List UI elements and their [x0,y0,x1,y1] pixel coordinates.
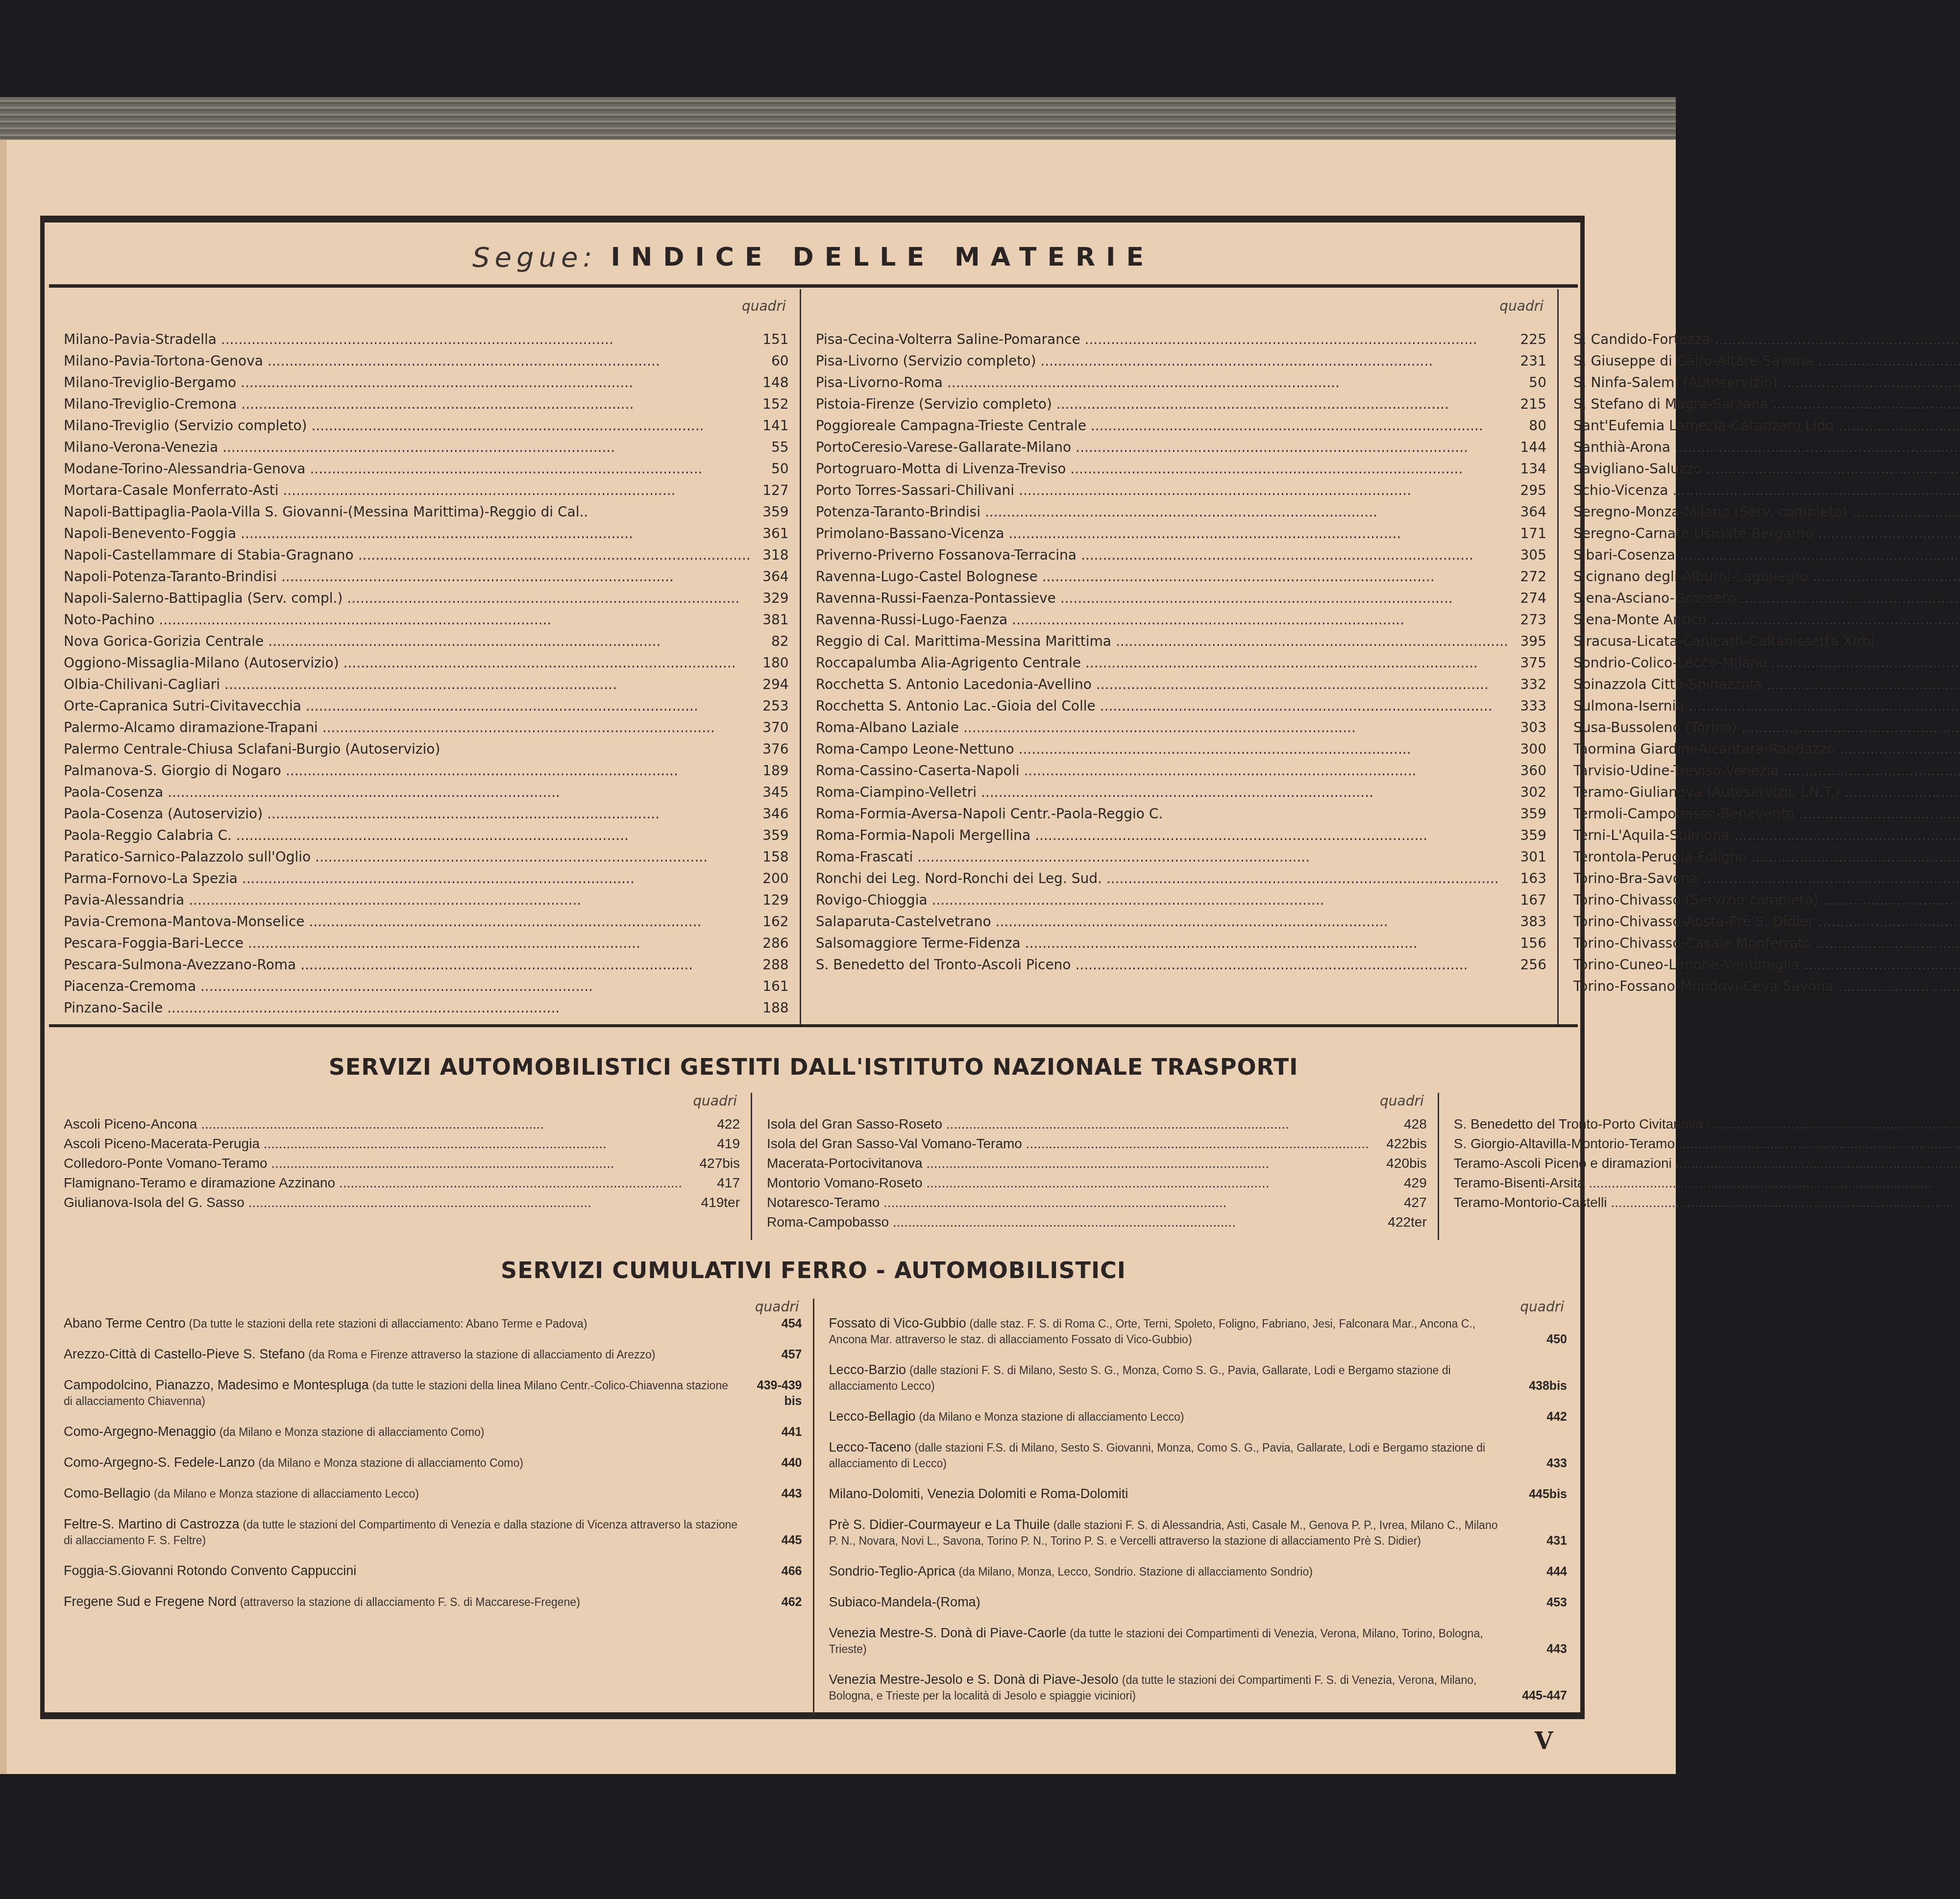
index-entry: Napoli-Potenza-Taranto-Brindisi364 [64,565,789,586]
quadri-number: 442 [1503,1409,1567,1425]
index-entry: Portogruaro-Motta di Livenza-Treviso134 [816,457,1546,478]
index-entry: Teramo-Montorio-Castelli420 [1454,1192,1960,1211]
index-entry: Ravenna-Russi-Faenza-Pontassieve274 [816,586,1546,608]
route-name: Sibari-Cosenza [1573,546,1960,565]
index-entry: Roma-Frascati301 [816,845,1546,866]
index-entry: Noto-Pachino381 [64,608,789,629]
index-entry: Pavia-Alessandria129 [64,888,789,910]
cum-entry-text: Como-Bellagio (da Milano e Monza stazion… [64,1485,738,1502]
quadri-number: 376 [751,740,789,759]
route-name: Paola-Cosenza [64,783,751,802]
quadri-number: 433 [1503,1455,1567,1471]
index-entry: Siracusa-Licata-Canicatti-Caltanissetta … [1573,629,1960,651]
index-entry: S. Candido-Fortezza73 [1573,327,1960,349]
quadri-header: quadri [816,298,1546,327]
route-name: Roma-Ciampino-Velletri [816,783,1508,802]
quadri-number: 158 [751,848,789,866]
route-name: Flamignano-Teramo e diramazione Azzinano [64,1174,682,1192]
quadri-number: 180 [751,654,789,672]
index-entry: Roccapalumba Alia-Agrigento Centrale375 [816,651,1546,672]
route-name: Sicignano degli Alburni-Lagonegro [1573,567,1960,586]
quadri-number: 438bis [1503,1378,1567,1394]
quadri-number: 333 [1508,697,1546,715]
index-entry: Ronchi dei Leg. Nord-Ronchi dei Leg. Sud… [816,866,1546,888]
route-name: Mortara-Casale Monferrato-Asti [64,481,751,500]
quadri-number: 329 [751,589,789,608]
index-entry: Pescara-Foggia-Bari-Lecce286 [64,931,789,953]
quadri-number: 422bis [1369,1135,1427,1153]
index-entry: Paola-Cosenza (Autoservizio)346 [64,802,789,823]
route-name: Fregene Sud e Fregene Nord [64,1594,237,1609]
cum-entry-text: Foggia-S.Giovanni Rotondo Convento Cappu… [64,1563,738,1579]
index-entry: Poggioreale Campagna-Trieste Centrale80 [816,414,1546,435]
index-entry: Potenza-Taranto-Brindisi364 [816,500,1546,521]
index-entry: Ascoli Piceno-Ancona422 [64,1113,740,1133]
index-column: quadriS. Candido-Fortezza73S. Giuseppe d… [1559,289,1960,1024]
index-entry: Isola del Gran Sasso-Roseto428 [767,1113,1427,1133]
cum-entry-text: Lecco-Bellagio (da Milano e Monza stazio… [829,1408,1504,1425]
quadri-number: 318 [751,546,789,565]
cum-column: quadriFossato di Vico-Gubbio (dalle staz… [814,1299,1578,1715]
index-entry: Termoli-Campobasso-Benevento313 [1573,802,1960,823]
route-name: Rovigo-Chioggia [816,891,1508,910]
route-note: (da Roma e Firenze attraverso la stazion… [308,1348,655,1361]
quadri-number: 383 [1508,913,1546,931]
index-entry: Terni-L'Aquila-Sulmona290 [1573,823,1960,845]
index-entry: Milano-Treviglio-Bergamo148 [64,370,789,392]
cum-entry: Como-Argegno-S. Fedele-Lanzo (da Milano … [64,1455,802,1471]
route-name: Lecco-Barzio [829,1362,906,1377]
quadri-number: 445bis [1503,1486,1567,1502]
quadri-number: 445 [738,1532,802,1548]
index-entry: Roma-Formia-Napoli Mergellina359 [816,823,1546,845]
quadri-number: 439-439 bis [738,1378,802,1409]
route-name: Orte-Capranica Sutri-Civitavecchia [64,697,751,715]
route-name: Torino-Cuneo-Limone-Ventimiglia [1573,956,1960,974]
index-entry: Terontola-Perugia-Foligno265 [1573,845,1960,866]
index-entry: Montorio Vomano-Roseto429 [767,1172,1427,1192]
route-name: Sulmona-Isernia [1573,697,1960,715]
quadri-number: 256 [1508,956,1546,974]
quadri-number: 225 [1508,330,1546,349]
quadri-number: 50 [751,460,789,478]
quadri-number: 359 [751,826,789,845]
route-note: (dalle stazioni F. S. di Milano, Sesto S… [829,1364,1451,1392]
route-name: Ronchi dei Leg. Nord-Ronchi dei Leg. Sud… [816,869,1508,888]
page-number: V [1535,1727,1553,1755]
index-entry: Torino-Cuneo-Limone-Ventimiglia109 [1573,953,1960,974]
route-name: Seregno-Monza-Milano (Serv. completo) [1573,503,1960,521]
route-name: Pistoia-Firenze (Servizio completo) [816,395,1508,414]
quadri-number: 360 [1508,762,1546,780]
cum-entry-text: Como-Argegno-Menaggio (da Milano e Monza… [64,1424,738,1440]
cum-services-table: quadriAbano Terme Centro (Da tutte le st… [49,1299,1578,1715]
route-name: Torino-Chivasso-Aosta-Prè S. Didier [1573,913,1960,931]
route-name: Como-Argegno-Menaggio [64,1424,216,1439]
route-name: Colledoro-Ponte Vomano-Teramo [64,1155,682,1172]
route-name: Porto Torres-Sassari-Chilivani [816,481,1508,500]
quadri-number: 300 [1508,740,1546,759]
route-note: (dalle stazioni F.S. di Milano, Sesto S.… [829,1441,1486,1470]
cum-entry-text: Arezzo-Città di Castello-Pieve S. Stefan… [64,1346,738,1362]
index-entry: Teramo-Giulianova (Autoservizio I.N.T.)2… [1573,780,1960,802]
index-entry: S. Ninfa-Salemi (Autoservizio)372 [1573,370,1960,392]
cum-entry: Como-Bellagio (da Milano e Monza stazion… [64,1485,802,1502]
cum-entry-text: Sondrio-Teglio-Aprica (da Milano, Monza,… [829,1563,1504,1579]
quadri-number: 188 [751,999,789,1017]
index-entry: Seregno-Monza-Milano (Serv. completo)142 [1573,500,1960,521]
quadri-number: 253 [751,697,789,715]
route-name: Milano-Treviglio (Servizio completo) [64,417,751,435]
route-name: Milano-Pavia-Tortona-Genova [64,352,751,370]
quadri-number: 359 [751,503,789,521]
index-table: quadriMilano-Pavia-Stradella151Milano-Pa… [49,289,1578,1027]
route-name: Rocchetta S. Antonio Lac.-Gioia del Coll… [816,697,1508,715]
route-name: Salsomaggiore Terme-Fidenza [816,934,1508,953]
route-name: Paratico-Sarnico-Palazzolo sull'Oglio [64,848,751,866]
route-name: Poggioreale Campagna-Trieste Centrale [816,417,1508,435]
route-name: Roma-Cassino-Caserta-Napoli [816,762,1508,780]
cum-entry: Fregene Sud e Fregene Nord (attraverso l… [64,1594,802,1610]
route-note: (da Milano, Monza, Lecco, Sondrio. Stazi… [959,1565,1313,1578]
quadri-number: 375 [1508,654,1546,672]
route-note: (da Milano e Monza stazione di allacciam… [919,1410,1184,1423]
index-entry: Roma-Campo Leone-Nettuno300 [816,737,1546,759]
quadri-number: 359 [1508,805,1546,823]
index-entry: Ascoli Piceno-Macerata-Perugia419 [64,1133,740,1153]
index-entry: S. Benedetto del Tronto-Porto Civitanova… [1454,1113,1960,1133]
index-entry: Paola-Cosenza345 [64,780,789,802]
route-name: Noto-Pachino [64,611,751,629]
quadri-number: 444 [1503,1564,1567,1579]
route-name: Pinzano-Sacile [64,999,751,1017]
index-entry: Teramo-Bisenti-Arsita423 [1454,1172,1960,1192]
index-entry: PortoCeresio-Varese-Gallarate-Milano144 [816,435,1546,457]
route-name: Santhià-Arona [1573,438,1960,457]
quadri-number: 144 [1508,438,1546,457]
index-entry: Sibari-Cosenza347 [1573,543,1960,565]
route-name: Salaparuta-Castelvetrano [816,913,1508,931]
quadri-header: quadri [64,298,789,327]
quadri-number: 422ter [1369,1213,1427,1231]
quadri-number: 55 [751,438,789,457]
route-name: Lecco-Taceno [829,1440,911,1455]
route-name: Parma-Fornovo-La Spezia [64,869,751,888]
quadri-header: quadri [1573,298,1960,327]
quadri-number: 454 [738,1316,802,1332]
route-name: Termoli-Campobasso-Benevento [1573,805,1960,823]
route-name: Como-Argegno-S. Fedele-Lanzo [64,1455,255,1470]
route-name: Foggia-S.Giovanni Rotondo Convento Cappu… [64,1563,356,1578]
route-name: Palmanova-S. Giorgio di Nogaro [64,762,751,780]
route-name: Rocchetta S. Antonio Lacedonia-Avellino [816,675,1508,694]
route-name: Pisa-Cecina-Volterra Saline-Pomarance [816,330,1508,349]
quadri-number: 152 [751,395,789,414]
index-entry: Isola del Gran Sasso-Val Vomano-Teramo42… [767,1133,1427,1153]
quadri-number: 286 [751,934,789,953]
quadri-number: 346 [751,805,789,823]
index-entry: Napoli-Salerno-Battipaglia (Serv. compl.… [64,586,789,608]
quadri-number: 302 [1508,783,1546,802]
cum-section-title: SERVIZI CUMULATIVI FERRO - AUTOMOBILISTI… [49,1257,1578,1283]
route-name: Napoli-Castellammare di Stabia-Gragnano [64,546,751,565]
route-name: Arezzo-Città di Castello-Pieve S. Stefan… [64,1347,305,1361]
quadri-number: 82 [751,632,789,651]
quadri-number: 370 [751,718,789,737]
route-name: Potenza-Taranto-Brindisi [816,503,1508,521]
index-entry: Pisa-Livorno (Servizio completo)231 [816,349,1546,370]
index-entry: Palmanova-S. Giorgio di Nogaro189 [64,759,789,780]
index-entry: Roma-Cassino-Caserta-Napoli360 [816,759,1546,780]
route-name: Como-Bellagio [64,1486,150,1501]
route-name: Siena-Monte Antico [1573,611,1960,629]
index-entry: Santhià-Arona55 [1573,435,1960,457]
cum-entry-text: Prè S. Didier-Courmayeur e La Thuile (da… [829,1517,1504,1549]
quadri-number: 443 [1503,1641,1567,1657]
cum-entry-text: Abano Terme Centro (Da tutte le stazioni… [64,1315,738,1332]
route-name: Milano-Dolomiti, Venezia Dolomiti e Roma… [829,1486,1128,1501]
index-entry: Rocchetta S. Antonio Lacedonia-Avellino3… [816,672,1546,694]
index-entry: Rovigo-Chioggia167 [816,888,1546,910]
index-entry: Macerata-Portocivitanova420bis [767,1153,1427,1172]
quadri-number: 161 [751,977,789,996]
index-entry: Milano-Treviglio (Servizio completo)141 [64,414,789,435]
cum-entry: Como-Argegno-Menaggio (da Milano e Monza… [64,1424,802,1440]
cum-entry: Prè S. Didier-Courmayeur e La Thuile (da… [829,1517,1568,1549]
quadri-number: 332 [1508,675,1546,694]
index-entry: S. Benedetto del Tronto-Ascoli Piceno256 [816,953,1546,974]
index-entry: Piacenza-Cremoma161 [64,974,789,996]
cum-column: quadriAbano Terme Centro (Da tutte le st… [49,1299,814,1715]
quadri-number: 395 [1508,632,1546,651]
cum-entry: Lecco-Bellagio (da Milano e Monza stazio… [829,1408,1568,1425]
quadri-header: quadri [1454,1093,1960,1113]
quadri-number: 129 [751,891,789,910]
index-entry: Roma-Campobasso422ter [767,1211,1427,1231]
index-entry: Rocchetta S. Antonio Lac.-Gioia del Coll… [816,694,1546,715]
quadri-number: 364 [1508,503,1546,521]
cum-entry-text: Subiaco-Mandela-(Roma) [829,1594,1504,1610]
quadri-number: 167 [1508,891,1546,910]
route-name: Ravenna-Lugo-Castel Bolognese [816,567,1508,586]
quadri-number: 441 [738,1424,802,1440]
index-entry: Parma-Fornovo-La Spezia200 [64,866,789,888]
route-name: Torino-Fossano-Mondovì-Ceva-Savona [1573,977,1960,996]
index-entry: Seregno-Carnate Usmate-Bergamo153 [1573,521,1960,543]
index-entry: Siena-Asciano-Grosseto223 [1573,586,1960,608]
page-fold [0,140,7,1774]
quadri-header: quadri [64,1299,802,1315]
index-entry: Roma-Formia-Aversa-Napoli Centr.-Paola-R… [816,802,1546,823]
route-name: Pisa-Livorno-Roma [816,373,1508,392]
index-entry: Pisa-Livorno-Roma50 [816,370,1546,392]
index-entry: Napoli-Benevento-Foggia361 [64,521,789,543]
quadri-number: 440 [738,1455,802,1471]
route-name: Pavia-Cremona-Mantova-Monselice [64,913,751,931]
cum-entry: Milano-Dolomiti, Venezia Dolomiti e Roma… [829,1486,1568,1502]
quadri-number: 272 [1508,567,1546,586]
cum-entry-text: Venezia Mestre-Jesolo e S. Donà di Piave… [829,1672,1504,1703]
index-entry: Pisa-Cecina-Volterra Saline-Pomarance225 [816,327,1546,349]
quadri-number: 141 [751,417,789,435]
quadri-number: 450 [1503,1332,1567,1347]
index-entry: Nova Gorica-Gorizia Centrale82 [64,629,789,651]
index-entry: Palermo-Alcamo diramazione-Trapani370 [64,715,789,737]
route-name: Roccapalumba Alia-Agrigento Centrale [816,654,1508,672]
quadri-header: quadri [829,1299,1568,1315]
int-column: quadriS. Benedetto del Tronto-Porto Civi… [1439,1093,1960,1240]
index-entry: Milano-Pavia-Tortona-Genova60 [64,349,789,370]
quadri-number: 429 [1369,1174,1427,1192]
route-name: Ascoli Piceno-Ancona [64,1115,682,1133]
route-name: Susa-Bussoleno (Torino) [1573,718,1960,737]
cum-entry: Lecco-Taceno (dalle stazioni F.S. di Mil… [829,1439,1568,1471]
index-entry: Torino-Chivasso (Servizio completo)104 [1573,888,1960,910]
cum-entry-text: Campodolcino, Pianazzo, Madesimo e Monte… [64,1377,738,1409]
route-name: Siracusa-Licata-Canicatti-Caltanissetta … [1573,632,1960,651]
quadri-number: 156 [1508,934,1546,953]
route-name: Paola-Cosenza (Autoservizio) [64,805,751,823]
index-entry: Pistoia-Firenze (Servizio completo)215 [816,392,1546,414]
index-entry: Torino-Chivasso-Casale Monferrato121 [1573,931,1960,953]
route-name: Napoli-Potenza-Taranto-Brindisi [64,567,751,586]
route-name: S. Giuseppe di Cairo-Altare-Savona [1573,352,1960,370]
cum-entry-text: Fregene Sud e Fregene Nord (attraverso l… [64,1594,738,1610]
index-entry: Paola-Reggio Calabria C.359 [64,823,789,845]
route-name: Milano-Pavia-Stradella [64,330,751,349]
route-name: Isola del Gran Sasso-Val Vomano-Teramo [767,1135,1369,1153]
quadri-number: 359 [1508,826,1546,845]
route-note: (Da tutte le stazioni della rete stazion… [189,1317,588,1330]
index-entry: S. Giuseppe di Cairo-Altare-Savona112 [1573,349,1960,370]
header-prefix: Segue: [472,242,597,273]
quadri-number: 445-447 [1503,1688,1567,1703]
index-entry: S. Stefano di Magra-Sarzana200 [1573,392,1960,414]
index-entry: Sant'Eufemia Lamezia-Catanzaro Lido343 [1573,414,1960,435]
cum-entry-text: Feltre-S. Martino di Castrozza (da tutte… [64,1516,738,1548]
quadri-number: 273 [1508,611,1546,629]
index-entry: Torino-Fossano-Mondovì-Ceva-Savona110 [1573,974,1960,996]
quadri-number: 303 [1508,718,1546,737]
cum-entry-text: Como-Argegno-S. Fedele-Lanzo (da Milano … [64,1455,738,1471]
route-name: Notaresco-Teramo [767,1194,1369,1211]
quadri-number: 294 [751,675,789,694]
index-entry: Sicignano degli Alburni-Lagonegro331 [1573,565,1960,586]
route-name: Priverno-Priverno Fossanova-Terracina [816,546,1508,565]
route-name: Campodolcino, Pianazzo, Madesimo e Monte… [64,1378,369,1392]
cum-entry-text: Lecco-Barzio (dalle stazioni F. S. di Mi… [829,1362,1504,1394]
quadri-number: 50 [1508,373,1546,392]
cum-entry: Subiaco-Mandela-(Roma) 453 [829,1594,1568,1610]
index-entry: Susa-Bussoleno (Torino)51 [1573,715,1960,737]
index-entry: Ravenna-Lugo-Castel Bolognese272 [816,565,1546,586]
route-name: Schio-Vicenza [1573,481,1960,500]
route-name: Pavia-Alessandria [64,891,751,910]
route-name: Portogruaro-Motta di Livenza-Treviso [816,460,1508,478]
cum-entry: Campodolcino, Pianazzo, Madesimo e Monte… [64,1377,802,1409]
index-entry: Priverno-Priverno Fossanova-Terracina305 [816,543,1546,565]
route-name: Sondrio-Colico-Lecco-Milano [1573,654,1960,672]
route-name: Venezia Mestre-S. Donà di Piave-Caorle [829,1626,1067,1640]
route-name: Savigliano-Saluzzo [1573,460,1960,478]
index-entry: Torino-Chivasso-Aosta-Prè S. Didier122 [1573,910,1960,931]
index-entry: Roma-Ciampino-Velletri302 [816,780,1546,802]
quadri-number: 420bis [1369,1155,1427,1172]
route-name: Feltre-S. Martino di Castrozza [64,1517,240,1531]
cum-entry: Lecco-Barzio (dalle stazioni F. S. di Mi… [829,1362,1568,1394]
quadri-number: 453 [1503,1595,1567,1610]
index-entry: Porto Torres-Sassari-Chilivani295 [816,478,1546,500]
route-name: Subiaco-Mandela-(Roma) [829,1595,980,1609]
route-name: Torino-Bra-Savona [1573,869,1960,888]
route-name: PortoCeresio-Varese-Gallarate-Milano [816,438,1508,457]
route-name: Milano-Verona-Venezia [64,438,751,457]
quadri-number: 443 [738,1486,802,1502]
cum-entry-text: Venezia Mestre-S. Donà di Piave-Caorle (… [829,1625,1504,1657]
route-name: Pescara-Sulmona-Avezzano-Roma [64,956,751,974]
index-entry: Teramo-Ascoli Piceno e diramazioni424 [1454,1153,1960,1172]
index-entry: Oggiono-Missaglia-Milano (Autoservizio)1… [64,651,789,672]
quadri-number: 381 [751,611,789,629]
index-column: quadriPisa-Cecina-Volterra Saline-Pomara… [801,289,1559,1024]
cum-entry: Abano Terme Centro (Da tutte le stazioni… [64,1315,802,1332]
index-entry: Salaparuta-Castelvetrano383 [816,910,1546,931]
index-entry: S. Giorgio-Altavilla-Montorio-Teramo419b… [1454,1133,1960,1153]
route-name: Tarvisio-Udine-Treviso-Venezia [1573,762,1960,780]
route-name: Teramo-Giulianova (Autoservizio I.N.T.) [1573,783,1960,802]
index-entry: Palermo Centrale-Chiusa Sclafani-Burgio … [64,737,789,759]
index-entry: Napoli-Battipaglia-Paola-Villa S. Giovan… [64,500,789,521]
quadri-number: 345 [751,783,789,802]
index-entry: Mortara-Casale Monferrato-Asti127 [64,478,789,500]
route-note: (attraverso la stazione di allacciamento… [240,1596,580,1608]
route-name: S. Ninfa-Salemi (Autoservizio) [1573,373,1960,392]
quadri-number: 427bis [682,1155,740,1172]
index-entry: Milano-Pavia-Stradella151 [64,327,789,349]
route-name: Isola del Gran Sasso-Roseto [767,1115,1369,1133]
index-entry: Savigliano-Saluzzo115 [1573,457,1960,478]
route-note: (da Milano e Monza stazione di allacciam… [220,1426,485,1438]
quadri-number: 462 [738,1594,802,1610]
int-services-table: quadriAscoli Piceno-Ancona422Ascoli Pice… [49,1093,1578,1240]
route-name: Sant'Eufemia Lamezia-Catanzaro Lido [1573,417,1960,435]
cum-entry: Fossato di Vico-Gubbio (dalle staz. F. S… [829,1315,1568,1347]
quadri-number: 80 [1508,417,1546,435]
quadri-number: 162 [751,913,789,931]
route-name: Venezia Mestre-Jesolo e S. Donà di Piave… [829,1672,1119,1687]
route-name: Palermo Centrale-Chiusa Sclafani-Burgio … [64,740,751,759]
route-name: Piacenza-Cremoma [64,977,751,996]
quadri-number: 417 [682,1174,740,1192]
index-entry: Pavia-Cremona-Mantova-Monselice162 [64,910,789,931]
cum-entry: Sondrio-Teglio-Aprica (da Milano, Monza,… [829,1563,1568,1579]
index-entry: Tarvisio-Udine-Treviso-Venezia75 [1573,759,1960,780]
quadri-number: 301 [1508,848,1546,866]
quadri-number: 428 [1369,1115,1427,1133]
route-name: Reggio di Cal. Marittima-Messina Maritti… [816,632,1508,651]
index-entry: Torino-Bra-Savona111 [1573,866,1960,888]
quadri-number: 200 [751,869,789,888]
route-name: Ascoli Piceno-Macerata-Perugia [64,1135,682,1153]
route-name: Roma-Campo Leone-Nettuno [816,740,1508,759]
quadri-number: 189 [751,762,789,780]
route-name: Seregno-Carnate Usmate-Bergamo [1573,524,1960,543]
book-page-edges [0,97,1676,141]
int-column: quadriIsola del Gran Sasso-Roseto428Isol… [752,1093,1439,1240]
route-name: Taormina Giardini-Alcantara-Randazzo [1573,740,1960,759]
index-entry: Milano-Verona-Venezia55 [64,435,789,457]
index-entry: Primolano-Bassano-Vicenza171 [816,521,1546,543]
